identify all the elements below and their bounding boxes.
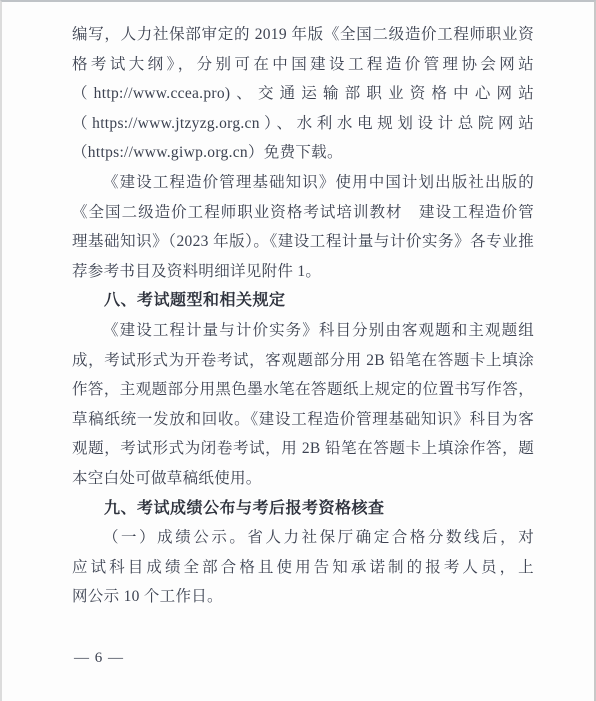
paragraph: （一）成绩公示。省人力社保厅确定合格分数线后，对应试科目成绩全部合格且使用告知承… <box>72 523 534 612</box>
page-number: — 6 — <box>74 644 534 674</box>
text-line: 《建设工程造价管理基础知识》使用中国计划出版社出版的 <box>72 168 534 198</box>
text-line: （http://www.ccea.pro)、交通运输部职业资格中心网站 <box>72 79 534 109</box>
text-line: （https://www.jtzyzg.org.cn）、水利水电规划设计总院网站 <box>72 109 534 139</box>
document-page: 编写，人力社保部审定的 2019 年版《全国二级造价工程师职业资格考试大纲》，分… <box>0 0 596 701</box>
paragraph: 《建设工程计量与计价实务》科目分别由客观题和主观题组成，考试形式为开卷考试，客观… <box>72 316 534 494</box>
paragraph: 编写，人力社保部审定的 2019 年版《全国二级造价工程师职业资格考试大纲》，分… <box>72 20 534 168</box>
text-line: （一）成绩公示。省人力社保厅确定合格分数线后，对 <box>72 523 534 553</box>
text-line: 成，考试形式为开卷考试，客观题部分用 2B 铅笔在答题卡上填涂 <box>72 346 534 376</box>
text-line: 荐参考书目及资料明细详见附件 1。 <box>72 257 534 287</box>
text-line: 草稿纸统一发放和回收。《建设工程造价管理基础知识》科目为客 <box>72 405 534 435</box>
text-line: （https://www.giwp.org.cn）免费下载。 <box>72 138 534 168</box>
text-line: 理基础知识》（2023 年版）。《建设工程计量与计价实务》各专业推 <box>72 227 534 257</box>
paragraph: 《建设工程造价管理基础知识》使用中国计划出版社出版的《全国二级造价工程师职业资格… <box>72 168 534 286</box>
text-line: 观题，考试形式为闭卷考试，用 2B 铅笔在答题卡上填涂作答，题 <box>72 434 534 464</box>
heading-line: 九、考试成绩公布与考后报考资格核查 <box>72 494 534 524</box>
section-heading: 八、考试题型和相关规定 <box>72 286 534 316</box>
text-line: 编写，人力社保部审定的 2019 年版《全国二级造价工程师职业资 <box>72 20 534 50</box>
document-text-area: 编写，人力社保部审定的 2019 年版《全国二级造价工程师职业资格考试大纲》，分… <box>72 20 534 673</box>
text-line: 应试科目成绩全部合格且使用告知承诺制的报考人员，上 <box>72 553 534 583</box>
text-line: 作答，主观题部分用黑色墨水笔在答题纸上规定的位置书写作答， <box>72 375 534 405</box>
text-line: 《建设工程计量与计价实务》科目分别由客观题和主观题组 <box>72 316 534 346</box>
text-line: 格考试大纲》，分别可在中国建设工程造价管理协会网站 <box>72 50 534 80</box>
text-line: 《全国二级造价工程师职业资格考试培训教材 建设工程造价管 <box>72 198 534 228</box>
text-line: 网公示 10 个工作日。 <box>72 582 534 612</box>
text-line: 本空白处可做草稿纸使用。 <box>72 464 534 494</box>
section-heading: 九、考试成绩公布与考后报考资格核查 <box>72 494 534 524</box>
heading-line: 八、考试题型和相关规定 <box>72 286 534 316</box>
document-blocks: 编写，人力社保部审定的 2019 年版《全国二级造价工程师职业资格考试大纲》，分… <box>72 20 534 612</box>
